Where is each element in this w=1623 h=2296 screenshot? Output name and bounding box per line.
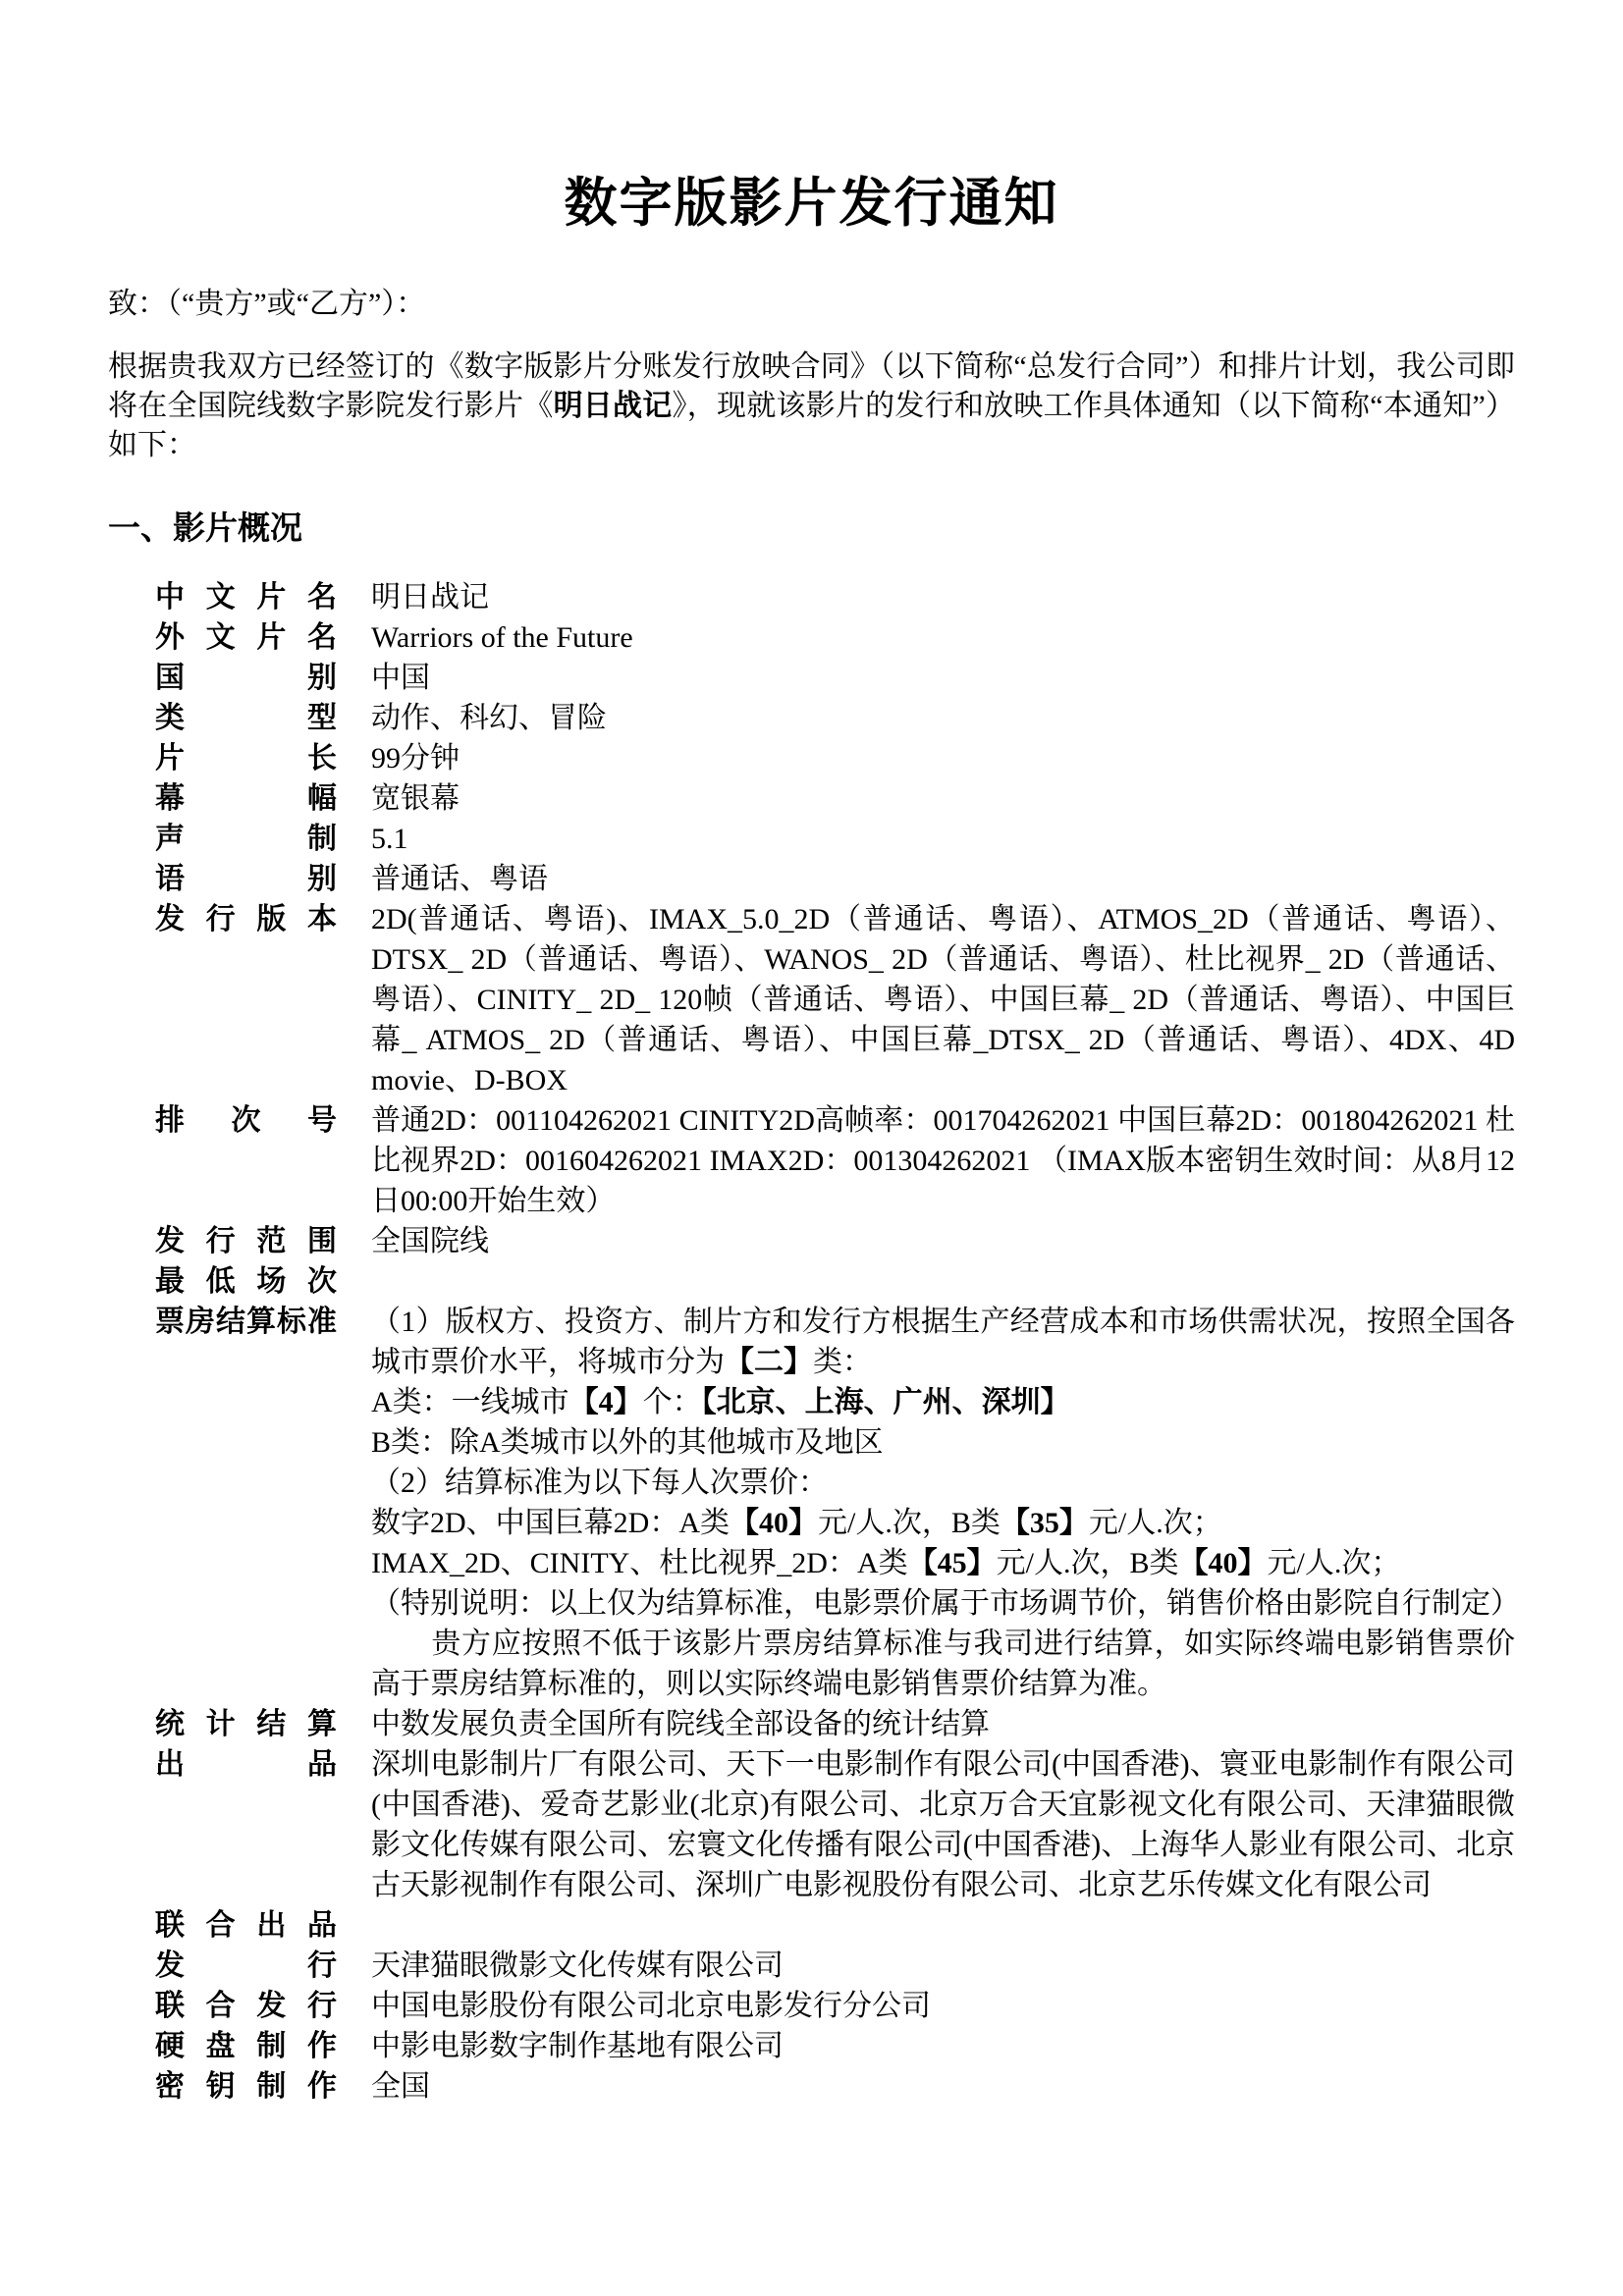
- field-label-char: 密: [155, 2066, 185, 2107]
- field-label-char: 型: [307, 698, 337, 738]
- section-heading-film-overview: 一、影片概况: [108, 508, 1515, 548]
- field-label-char: 片: [256, 617, 286, 658]
- value-text: A类：一线城市: [371, 1386, 569, 1418]
- field-label-char: 范: [256, 1221, 286, 1261]
- field-label: 硬盘制作: [155, 2026, 337, 2066]
- value-text: 动作、科幻、冒险: [371, 702, 607, 734]
- field-label-char: 中: [155, 577, 185, 617]
- field-label-char: 联: [155, 1986, 185, 2026]
- field-label-char: 合: [206, 1986, 236, 2026]
- field-label-char: 行: [206, 1221, 236, 1261]
- field-label-char: 版: [256, 899, 286, 939]
- value-paragraph: 宽银幕: [371, 778, 1515, 819]
- value-text: 个：: [643, 1386, 702, 1418]
- field-label-char: 标: [277, 1302, 306, 1342]
- field-label-char: 发: [155, 899, 185, 939]
- field-label-char: 发: [256, 1986, 286, 2026]
- field-label-char: 行: [307, 1986, 337, 2026]
- value-paragraph: 深圳电影制片厂有限公司、天下一电影制作有限公司(中国香港)、寰亚电影制作有限公司…: [371, 1744, 1515, 1905]
- field-label-char: 别: [307, 859, 337, 899]
- field-label: 发行版本: [155, 899, 337, 939]
- value-paragraph: Warriors of the Future: [371, 617, 1515, 658]
- value-text: 深圳电影制片厂有限公司、天下一电影制作有限公司(中国香港)、寰亚电影制作有限公司…: [371, 1748, 1515, 1901]
- value-text: 2D(普通话、粤语)、IMAX_5.0_2D（普通话、粤语）、ATMOS_2D（…: [371, 903, 1515, 1096]
- field-label-char: 外: [155, 617, 185, 658]
- field-value: 中国电影股份有限公司北京电影发行分公司: [371, 1986, 1515, 2026]
- field-row: 最低场次: [108, 1261, 1515, 1302]
- field-label-char: 文: [206, 617, 236, 658]
- field-row: 幕幅宽银幕: [108, 778, 1515, 819]
- value-text: 元/人.次，B类: [818, 1507, 1001, 1539]
- value-text: 中国: [371, 662, 430, 694]
- field-label: 联合发行: [155, 1986, 337, 2026]
- field-label-char: 结: [256, 1704, 286, 1744]
- value-text: （1）版权方、投资方、制片方和发行方根据生产经营成本和市场供需状况，按照全国各城…: [371, 1306, 1515, 1378]
- field-label-char: 硬: [155, 2026, 185, 2066]
- field-label-char: 发: [155, 1946, 185, 1986]
- value-text: 中影电影数字制作基地有限公司: [371, 2030, 784, 2062]
- field-label-char: 名: [307, 617, 337, 658]
- field-value: 明日战记: [371, 577, 1515, 617]
- field-row: 排次号普通2D：001104262021 CINITY2D高帧率：0017042…: [108, 1100, 1515, 1221]
- value-paragraph: 普通话、粤语: [371, 859, 1515, 899]
- value-text: 中数发展负责全国所有院线全部设备的统计结算: [371, 1708, 990, 1740]
- value-paragraph: 2D(普通话、粤语)、IMAX_5.0_2D（普通话、粤语）、ATMOS_2D（…: [371, 899, 1515, 1100]
- field-label-char: 出: [155, 1744, 185, 1785]
- value-paragraph: 全国: [371, 2066, 1515, 2107]
- field-value: 2D(普通话、粤语)、IMAX_5.0_2D（普通话、粤语）、ATMOS_2D（…: [371, 899, 1515, 1100]
- field-row: 片长99分钟: [108, 738, 1515, 778]
- field-label: 外文片名: [155, 617, 337, 658]
- field-label: 排次号: [155, 1100, 337, 1141]
- intro-paragraph: 根据贵我双方已经签订的《数字版影片分账发行放映合同》（以下简称“总发行合同”）和…: [108, 347, 1515, 465]
- field-value: 中数发展负责全国所有院线全部设备的统计结算: [371, 1704, 1515, 1744]
- field-label-char: 次: [232, 1100, 261, 1141]
- field-row: 硬盘制作中影电影数字制作基地有限公司: [108, 2026, 1515, 2066]
- field-row: 发行天津猫眼微影文化传媒有限公司: [108, 1946, 1515, 1986]
- field-label-char: 出: [256, 1905, 286, 1946]
- value-text: （2）结算标准为以下每人次票价：: [371, 1467, 828, 1499]
- document-page: 数字版影片发行通知 致：（“贵方”或“乙方”）： 根据贵我双方已经签订的《数字版…: [0, 0, 1623, 2296]
- value-text: IMAX_2D、CINITY、杜比视界_2D：A类: [371, 1547, 908, 1579]
- field-label-char: 算: [307, 1704, 337, 1744]
- field-label: 语别: [155, 859, 337, 899]
- field-label-char: 号: [307, 1100, 337, 1141]
- field-label-char: 行: [307, 1946, 337, 1986]
- value-text: 99分钟: [371, 742, 460, 774]
- field-label-char: 准: [307, 1302, 337, 1342]
- value-paragraph: 数字2D、中国巨幕2D：A类【40】元/人.次，B类【35】元/人.次；: [371, 1503, 1515, 1543]
- field-label-char: 结: [216, 1302, 245, 1342]
- field-value: 宽银幕: [371, 778, 1515, 819]
- field-row: 票房结算标准（1）版权方、投资方、制片方和发行方根据生产经营成本和市场供需状况，…: [108, 1302, 1515, 1704]
- document-content: 数字版影片发行通知 致：（“贵方”或“乙方”）： 根据贵我双方已经签订的《数字版…: [0, 0, 1623, 2107]
- field-label: 幕幅: [155, 778, 337, 819]
- field-label: 密钥制作: [155, 2066, 337, 2107]
- value-paragraph: 全国院线: [371, 1221, 1515, 1261]
- field-value: 深圳电影制片厂有限公司、天下一电影制作有限公司(中国香港)、寰亚电影制作有限公司…: [371, 1744, 1515, 1905]
- value-bold-text: 【北京、上海、广州、深圳】: [702, 1386, 1070, 1418]
- field-value: [371, 1261, 1515, 1302]
- field-label-char: 钥: [206, 2066, 236, 2107]
- salutation-line: 致：（“贵方”或“乙方”）：: [108, 285, 1515, 324]
- field-label-char: 最: [155, 1261, 185, 1302]
- field-label-char: 本: [307, 899, 337, 939]
- value-paragraph: A类：一线城市【4】个：【北京、上海、广州、深圳】: [371, 1382, 1515, 1422]
- value-text: 普通话、粤语: [371, 863, 548, 895]
- value-bold-text: 【40】: [730, 1507, 818, 1539]
- field-label-char: 类: [155, 698, 185, 738]
- field-label-char: 作: [307, 2066, 337, 2107]
- film-overview-field-list: 中文片名明日战记外文片名Warriors of the Future国别中国类型…: [108, 577, 1515, 2107]
- field-label-char: 房: [186, 1302, 215, 1342]
- field-row: 国别中国: [108, 658, 1515, 698]
- value-paragraph: 中国电影股份有限公司北京电影发行分公司: [371, 1986, 1515, 2026]
- value-text: 数字2D、中国巨幕2D：A类: [371, 1507, 730, 1539]
- field-label: 票房结算标准: [155, 1302, 337, 1342]
- value-text: 元/人.次，B类: [997, 1547, 1179, 1579]
- field-label-char: 别: [307, 658, 337, 698]
- field-label-char: 品: [307, 1744, 337, 1785]
- field-row: 发行范围全国院线: [108, 1221, 1515, 1261]
- field-label-char: 盘: [206, 2026, 236, 2066]
- field-value: 普通2D：001104262021 CINITY2D高帧率：0017042620…: [371, 1100, 1515, 1221]
- value-bold-text: 【二】: [725, 1346, 813, 1378]
- value-text: 普通2D：001104262021 CINITY2D高帧率：0017042620…: [371, 1104, 1515, 1217]
- intro-film-title: 明日战记: [554, 390, 673, 422]
- field-label-char: 文: [206, 577, 236, 617]
- value-bold-text: 【45】: [908, 1547, 997, 1579]
- field-label-char: 制: [307, 819, 337, 859]
- value-text: 元/人.次；: [1089, 1507, 1222, 1539]
- value-text: 贵方应按照不低于该影片票房结算标准与我司进行结算，如实际终端电影销售票价高于票房…: [371, 1628, 1515, 1700]
- value-text: 天津猫眼微影文化传媒有限公司: [371, 1949, 784, 1982]
- field-value: 5.1: [371, 819, 1515, 859]
- field-value: 全国院线: [371, 1221, 1515, 1261]
- document-title: 数字版影片发行通知: [108, 0, 1515, 230]
- value-paragraph: [371, 1905, 1515, 1946]
- field-label-char: 票: [155, 1302, 185, 1342]
- field-row: 发行版本2D(普通话、粤语)、IMAX_5.0_2D（普通话、粤语）、ATMOS…: [108, 899, 1515, 1100]
- field-label: 发行: [155, 1946, 337, 1986]
- field-label-char: 声: [155, 819, 185, 859]
- field-label-char: 围: [307, 1221, 337, 1261]
- value-paragraph: 5.1: [371, 819, 1515, 859]
- field-row: 外文片名Warriors of the Future: [108, 617, 1515, 658]
- field-label: 联合出品: [155, 1905, 337, 1946]
- field-label: 最低场次: [155, 1261, 337, 1302]
- value-text: 中国电影股份有限公司北京电影发行分公司: [371, 1990, 931, 2022]
- value-text: 全国院线: [371, 1225, 489, 1257]
- field-label-char: 场: [256, 1261, 286, 1302]
- value-paragraph: （2）结算标准为以下每人次票价：: [371, 1463, 1515, 1503]
- field-value: [371, 1905, 1515, 1946]
- field-label-char: 低: [206, 1261, 236, 1302]
- value-text: （特别说明：以上仅为结算标准，电影票价属于市场调节价，销售价格由影院自行制定）: [371, 1587, 1520, 1620]
- field-label-char: 作: [307, 2026, 337, 2066]
- field-label-char: 合: [206, 1905, 236, 1946]
- value-text: 类：: [813, 1346, 872, 1378]
- field-label-char: 计: [206, 1704, 236, 1744]
- field-label: 统计结算: [155, 1704, 337, 1744]
- field-label-char: 幅: [307, 778, 337, 819]
- field-label-char: 行: [206, 899, 236, 939]
- field-label-char: 排: [155, 1100, 185, 1141]
- field-value: 普通话、粤语: [371, 859, 1515, 899]
- field-label-char: 名: [307, 577, 337, 617]
- field-label-char: 次: [307, 1261, 337, 1302]
- value-paragraph: 99分钟: [371, 738, 1515, 778]
- field-label-char: 制: [256, 2026, 286, 2066]
- field-row: 密钥制作全国: [108, 2066, 1515, 2107]
- field-label-char: 幕: [155, 778, 185, 819]
- field-row: 联合出品: [108, 1905, 1515, 1946]
- field-label: 发行范围: [155, 1221, 337, 1261]
- field-label-char: 片: [256, 577, 286, 617]
- field-row: 语别普通话、粤语: [108, 859, 1515, 899]
- value-paragraph: IMAX_2D、CINITY、杜比视界_2D：A类【45】元/人.次，B类【40…: [371, 1543, 1515, 1583]
- field-label: 出品: [155, 1744, 337, 1785]
- field-row: 中文片名明日战记: [108, 577, 1515, 617]
- value-paragraph: 贵方应按照不低于该影片票房结算标准与我司进行结算，如实际终端电影销售票价高于票房…: [371, 1624, 1515, 1704]
- value-bold-text: 【35】: [1001, 1507, 1089, 1539]
- field-label-char: 制: [256, 2066, 286, 2107]
- value-paragraph: 中数发展负责全国所有院线全部设备的统计结算: [371, 1704, 1515, 1744]
- value-text: 元/人.次；: [1268, 1547, 1401, 1579]
- field-label: 类型: [155, 698, 337, 738]
- value-paragraph: 中影电影数字制作基地有限公司: [371, 2026, 1515, 2066]
- value-text: Warriors of the Future: [371, 621, 633, 654]
- field-value: 中国: [371, 658, 1515, 698]
- field-row: 类型动作、科幻、冒险: [108, 698, 1515, 738]
- value-paragraph: [371, 1261, 1515, 1302]
- value-bold-text: 【4】: [569, 1386, 643, 1418]
- field-label-char: 统: [155, 1704, 185, 1744]
- field-label: 片长: [155, 738, 337, 778]
- value-paragraph: （特别说明：以上仅为结算标准，电影票价属于市场调节价，销售价格由影院自行制定）: [371, 1583, 1515, 1624]
- value-text: 宽银幕: [371, 782, 460, 815]
- value-text: B类：除A类城市以外的其他城市及地区: [371, 1426, 884, 1459]
- value-paragraph: 普通2D：001104262021 CINITY2D高帧率：0017042620…: [371, 1100, 1515, 1221]
- field-label-char: 片: [155, 738, 185, 778]
- field-label: 声制: [155, 819, 337, 859]
- field-value: （1）版权方、投资方、制片方和发行方根据生产经营成本和市场供需状况，按照全国各城…: [371, 1302, 1515, 1704]
- field-label-char: 联: [155, 1905, 185, 1946]
- field-value: Warriors of the Future: [371, 617, 1515, 658]
- field-label-char: 国: [155, 658, 185, 698]
- field-label: 中文片名: [155, 577, 337, 617]
- field-label-char: 语: [155, 859, 185, 899]
- value-paragraph: 中国: [371, 658, 1515, 698]
- value-text: 明日战记: [371, 581, 489, 614]
- value-paragraph: 明日战记: [371, 577, 1515, 617]
- field-label: 国别: [155, 658, 337, 698]
- field-value: 动作、科幻、冒险: [371, 698, 1515, 738]
- field-value: 99分钟: [371, 738, 1515, 778]
- value-paragraph: B类：除A类城市以外的其他城市及地区: [371, 1422, 1515, 1463]
- field-value: 全国: [371, 2066, 1515, 2107]
- field-value: 天津猫眼微影文化传媒有限公司: [371, 1946, 1515, 1986]
- value-text: 5.1: [371, 823, 408, 855]
- value-text: 全国: [371, 2070, 430, 2103]
- field-label-char: 品: [307, 1905, 337, 1946]
- field-row: 联合发行中国电影股份有限公司北京电影发行分公司: [108, 1986, 1515, 2026]
- field-label-char: 发: [155, 1221, 185, 1261]
- value-paragraph: 天津猫眼微影文化传媒有限公司: [371, 1946, 1515, 1986]
- field-row: 声制5.1: [108, 819, 1515, 859]
- value-paragraph: 动作、科幻、冒险: [371, 698, 1515, 738]
- value-bold-text: 【40】: [1179, 1547, 1268, 1579]
- field-label-char: 算: [246, 1302, 276, 1342]
- field-label-char: 长: [307, 738, 337, 778]
- value-paragraph: （1）版权方、投资方、制片方和发行方根据生产经营成本和市场供需状况，按照全国各城…: [371, 1302, 1515, 1382]
- field-value: 中影电影数字制作基地有限公司: [371, 2026, 1515, 2066]
- field-row: 统计结算中数发展负责全国所有院线全部设备的统计结算: [108, 1704, 1515, 1744]
- field-row: 出品深圳电影制片厂有限公司、天下一电影制作有限公司(中国香港)、寰亚电影制作有限…: [108, 1744, 1515, 1905]
